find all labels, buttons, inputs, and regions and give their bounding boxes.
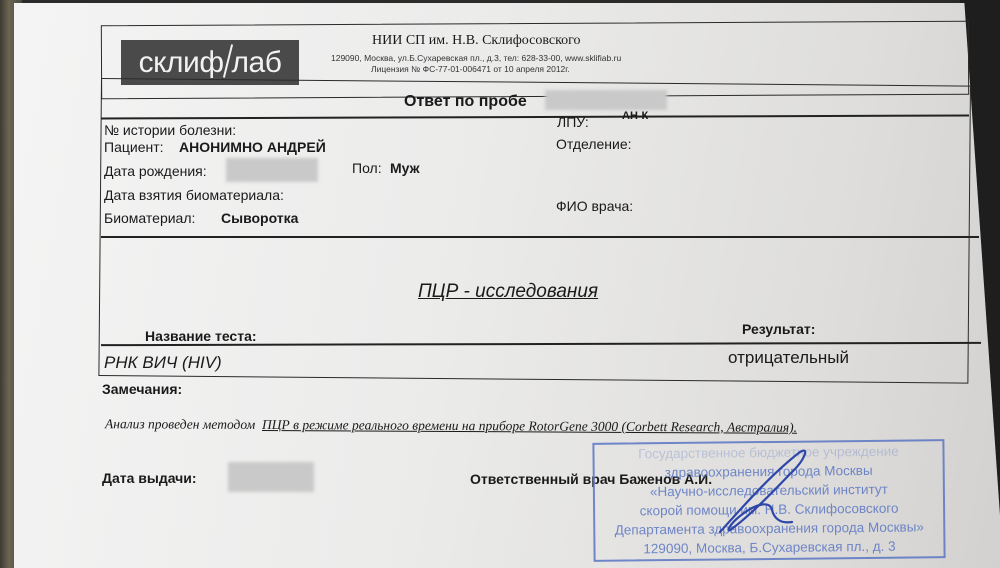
biomaterial-value: Сыворотка [221,210,298,226]
sex-label: Пол: [352,160,382,176]
notes-method: ПЦР в режиме реального времени на прибор… [262,417,797,435]
lpu-value: АН-К [622,110,648,122]
institute-address: 129090, Москва, ул.Б.Сухаревская пл., д.… [331,53,621,63]
test-name-header: Название теста: [145,328,257,344]
document-title: Ответ по пробе [404,93,527,111]
institute-name: НИИ СП им. Н.В. Склифосовского [372,33,581,49]
collection-date-label: Дата взятия биоматериала: [104,187,284,203]
test-name: РНК ВИЧ (HIV) [104,353,222,373]
test-result: отрицательный [728,348,849,368]
doctor-label: ФИО врача: [556,198,633,214]
history-label: № истории болезни: [104,122,236,138]
issue-date-label: Дата выдачи: [102,470,197,486]
biomaterial-label: Биоматериал: [104,210,195,226]
institute-license: Лицензия № ФС-77-01-006471 от 10 апреля … [371,64,570,74]
patient-label: Пациент: [104,139,164,155]
birth-label: Дата рождения: [104,163,207,179]
sex-value: Муж [390,160,420,176]
birth-date-redacted [226,158,318,182]
signature-icon [700,440,830,540]
patient-divider [101,236,979,238]
patient-value: АНОНИМНО АНДРЕЙ [179,139,326,155]
notes-label: Замечания: [102,381,182,397]
issue-date-redacted [228,462,314,492]
department-label: Отделение: [556,136,632,152]
test-result-header: Результат: [742,321,815,337]
sample-number-redacted [545,90,667,110]
lpu-label: ЛПУ: [557,114,589,130]
pcr-section-title: ПЦР - исследования [418,281,598,303]
